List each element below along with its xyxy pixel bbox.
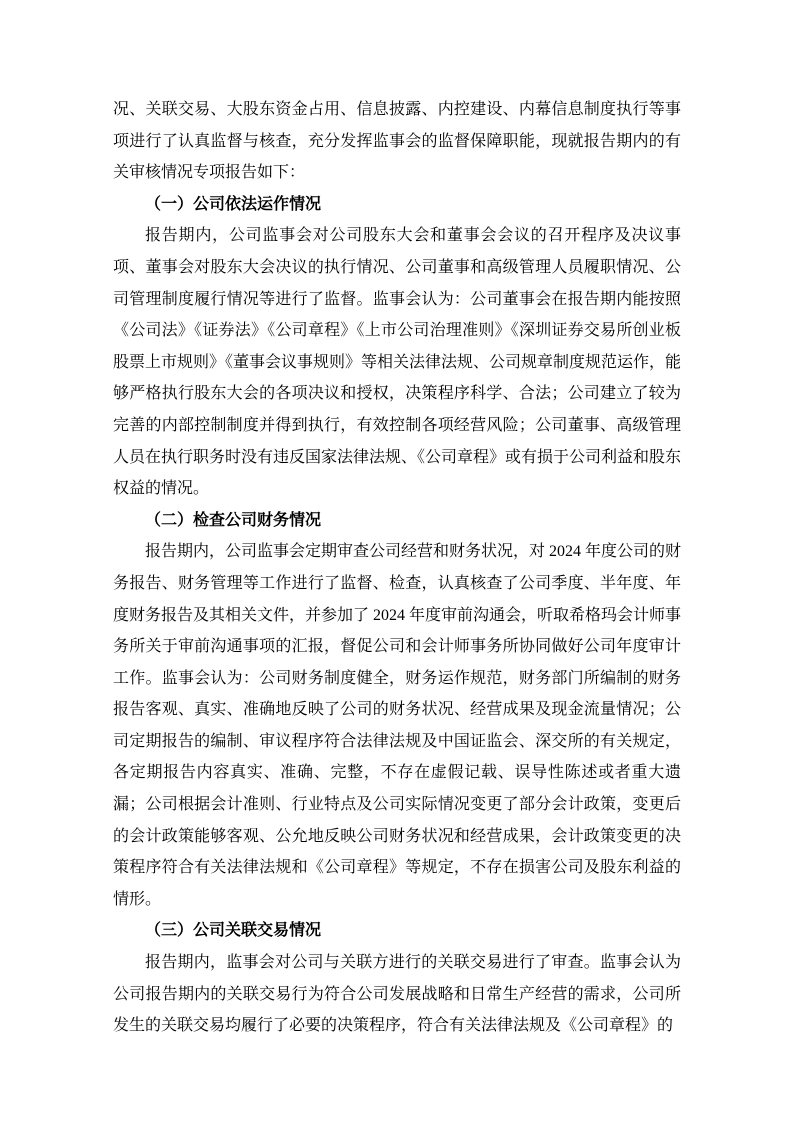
section-heading-1: （一）公司依法运作情况 [113, 189, 681, 221]
document-page: 况、关联交易、大股东资金占用、信息披露、内控建设、内幕信息制度执行等事项进行了认… [0, 0, 794, 1122]
paragraph-section-3: 报告期内，监事会对公司与关联方进行的关联交易进行了审查。监事会认为公司报告期内的… [113, 947, 681, 1042]
document-content: 况、关联交易、大股东资金占用、信息披露、内控建设、内幕信息制度执行等事项进行了认… [113, 94, 681, 1042]
paragraph-continuation: 况、关联交易、大股东资金占用、信息披露、内控建设、内幕信息制度执行等事项进行了认… [113, 94, 681, 189]
section-heading-2: （二）检查公司财务情况 [113, 505, 681, 537]
paragraph-section-2: 报告期内，公司监事会定期审查公司经营和财务状况，对 2024 年度公司的财务报告… [113, 536, 681, 915]
paragraph-section-1: 报告期内，公司监事会对公司股东大会和董事会会议的召开程序及决议事项、董事会对股东… [113, 220, 681, 504]
section-heading-3: （三）公司关联交易情况 [113, 915, 681, 947]
